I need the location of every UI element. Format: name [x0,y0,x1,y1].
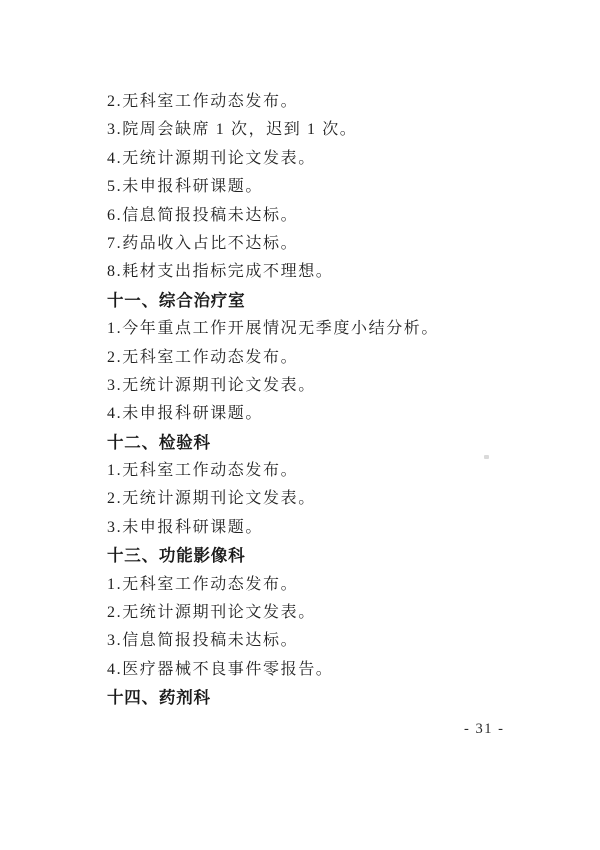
section-heading: 十二、检验科 [107,429,540,457]
section-heading: 十四、药剂科 [107,684,540,712]
page-number: - 31 - [464,721,504,738]
list-item: 4.无统计源期刊论文发表。 [107,145,540,173]
list-item: 2.无统计源期刊论文发表。 [107,599,540,627]
list-item: 1.无科室工作动态发布。 [107,571,540,599]
document-page: 2.无科室工作动态发布。3.院周会缺席 1 次，迟到 1 次。4.无统计源期刊论… [0,0,600,850]
document-content: 2.无科室工作动态发布。3.院周会缺席 1 次，迟到 1 次。4.无统计源期刊论… [107,88,540,713]
list-item: 7.药品收入占比不达标。 [107,230,540,258]
list-item: 5.未申报科研课题。 [107,173,540,201]
list-item: 6.信息简报投稿未达标。 [107,202,540,230]
list-item: 4.医疗器械不良事件零报告。 [107,656,540,684]
list-item: 1.今年重点工作开展情况无季度小结分析。 [107,315,540,343]
list-item: 2.无科室工作动态发布。 [107,88,540,116]
section-heading: 十三、功能影像科 [107,542,540,570]
list-item: 4.未申报科研课题。 [107,400,540,428]
list-item: 1.无科室工作动态发布。 [107,457,540,485]
list-item: 2.无科室工作动态发布。 [107,344,540,372]
list-item: 3.院周会缺席 1 次，迟到 1 次。 [107,116,540,144]
list-item: 8.耗材支出指标完成不理想。 [107,258,540,286]
scan-artifact [484,455,489,459]
section-heading: 十一、综合治疗室 [107,287,540,315]
list-item: 3.信息简报投稿未达标。 [107,627,540,655]
list-item: 3.无统计源期刊论文发表。 [107,372,540,400]
list-item: 3.未申报科研课题。 [107,514,540,542]
list-item: 2.无统计源期刊论文发表。 [107,485,540,513]
